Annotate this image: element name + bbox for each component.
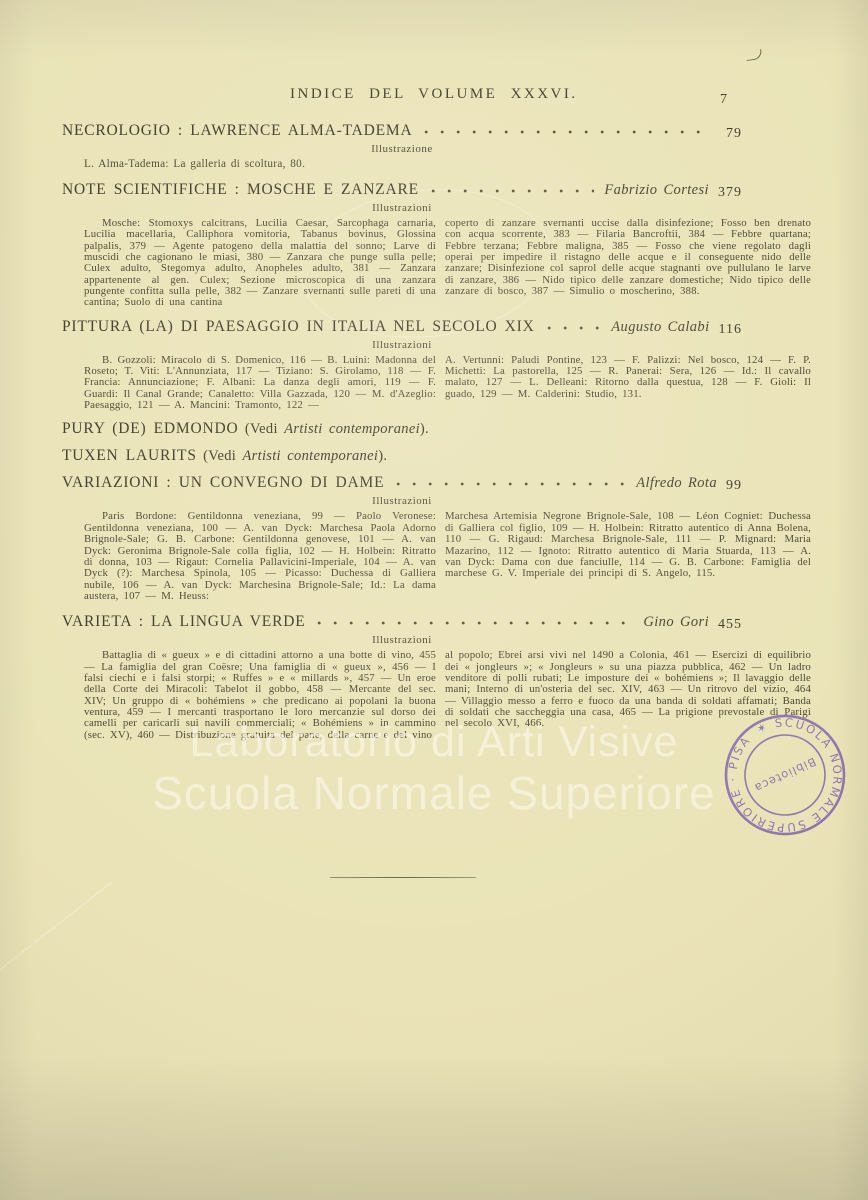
entry-title: VARIAZIONI : UN CONVEGNO DI DAME: [62, 474, 384, 492]
cross-reference-name: PURY (DE) EDMONDO: [62, 420, 238, 437]
illustration-label: Illustrazioni: [62, 202, 742, 214]
illustration-list-text: Paris Bordone: Gentildonna veneziana, 99…: [84, 511, 436, 602]
entry-pittura-illustration-list: B. Gozzoli: Miracolo di S. Domenico, 116…: [62, 355, 820, 412]
illustration-label: Illustrazioni: [62, 634, 742, 646]
entry-note-heading: NOTE SCIENTIFICHE : MOSCHE E ZANZARE Fab…: [62, 181, 742, 199]
entry-varieta-heading: VARIETA : LA LINGUA VERDE Gino Gori 455: [62, 613, 742, 631]
entry-necrologio-heading: NECROLOGIO : LAWRENCE ALMA-TADEMA 79: [62, 122, 742, 140]
column-right: coperto di zanzare svernanti uccise dall…: [445, 218, 811, 309]
dot-leader: [396, 481, 626, 488]
entry-page-ref: 116: [719, 322, 742, 338]
entry-varieta-illustration-list: Battaglia di « gueux » e di cittadini at…: [62, 650, 820, 741]
column-left: Paris Bordone: Gentildonna veneziana, 99…: [84, 511, 436, 602]
entry-title: VARIETA : LA LINGUA VERDE: [62, 613, 305, 631]
column-left: Battaglia di « gueux » e di cittadini at…: [84, 650, 436, 741]
cross-reference-vedi: (Vedi: [197, 448, 243, 464]
section-divider-rule: [330, 877, 476, 878]
entry-necrologio-item: L. Alma-Tadema: La galleria di scoltura,…: [62, 158, 820, 170]
illustration-list-text: A. Vertunni: Paludi Pontine, 123 — F. Pa…: [445, 355, 811, 400]
entry-pittura-heading: PITTURA (LA) DI PAESAGGIO IN ITALIA NEL …: [62, 318, 742, 336]
entry-note-illustration-list: Mosche: Stomoxys calcitrans, Lucilia Cae…: [62, 218, 820, 309]
cross-reference-target: Artisti contemporanei: [284, 421, 420, 437]
cross-reference-tuxen: TUXEN LAURITS (Vedi Artisti contemporane…: [62, 447, 820, 465]
cross-reference-target: Artisti contemporanei: [243, 448, 379, 464]
illustration-list-text: Marchesa Artemisia Negrone Brignole-Sale…: [445, 511, 811, 579]
pen-mark: [745, 49, 762, 61]
entry-author: Alfredo Rota: [636, 475, 717, 492]
illustration-label: Illustrazioni: [62, 339, 742, 351]
illustration-label: Illustrazioni: [62, 495, 742, 507]
column-right: A. Vertunni: Paludi Pontine, 123 — F. Pa…: [445, 355, 811, 412]
scanned-index-page: INDICE DEL VOLUME XXXVI. 7 NECROLOGIO : …: [0, 0, 868, 1200]
column-left: Mosche: Stomoxys calcitrans, Lucilia Cae…: [84, 218, 436, 309]
entry-title: PITTURA (LA) DI PAESAGGIO IN ITALIA NEL …: [62, 318, 535, 336]
entry-page-ref: 455: [718, 617, 742, 633]
entry-title: NOTE SCIENTIFICHE : MOSCHE E ZANZARE: [62, 181, 419, 199]
column-right: Marchesa Artemisia Negrone Brignole-Sale…: [445, 511, 811, 602]
entry-author: Augusto Calabi: [611, 319, 709, 336]
page-title: INDICE DEL VOLUME XXXVI.: [290, 86, 578, 103]
entry-page-ref: 79: [726, 126, 742, 142]
illustration-label: Illustrazione: [62, 143, 742, 155]
illustration-list-text: Mosche: Stomoxys calcitrans, Lucilia Cae…: [84, 218, 436, 309]
cross-reference-suffix: ).: [420, 421, 429, 437]
entry-page-ref: 379: [718, 185, 742, 201]
cross-reference-name: TUXEN LAURITS: [62, 447, 197, 464]
illustration-list-text: coperto di zanzare svernanti uccise dall…: [445, 218, 811, 297]
entry-author: Fabrizio Cortesi: [604, 182, 709, 199]
stamp-center-text: Biblioteca: [752, 755, 818, 796]
entry-variazioni-illustration-list: Paris Bordone: Gentildonna veneziana, 99…: [62, 511, 820, 602]
entry-variazioni-heading: VARIAZIONI : UN CONVEGNO DI DAME Alfredo…: [62, 474, 742, 492]
illustration-list-text: B. Gozzoli: Miracolo di S. Domenico, 116…: [84, 355, 436, 412]
cross-reference-vedi: (Vedi: [238, 421, 284, 437]
cross-reference-suffix: ).: [378, 448, 387, 464]
illustration-list-text: Battaglia di « gueux » e di cittadini at…: [84, 650, 436, 741]
entry-page-ref: 99: [726, 478, 742, 494]
cross-reference-pury: PURY (DE) EDMONDO (Vedi Artisti contempo…: [62, 420, 820, 438]
entry-title: NECROLOGIO : LAWRENCE ALMA-TADEMA: [62, 122, 412, 140]
dot-leader: [317, 620, 633, 627]
column-left: B. Gozzoli: Miracolo di S. Domenico, 116…: [84, 355, 436, 412]
dot-leader: [431, 188, 594, 195]
index-content: NECROLOGIO : LAWRENCE ALMA-TADEMA 79 Ill…: [62, 122, 820, 741]
paper-crease: [0, 881, 113, 980]
page-number: 7: [720, 92, 727, 108]
dot-leader: [424, 129, 707, 136]
entry-author: Gino Gori: [643, 614, 709, 631]
dot-leader: [547, 325, 602, 332]
